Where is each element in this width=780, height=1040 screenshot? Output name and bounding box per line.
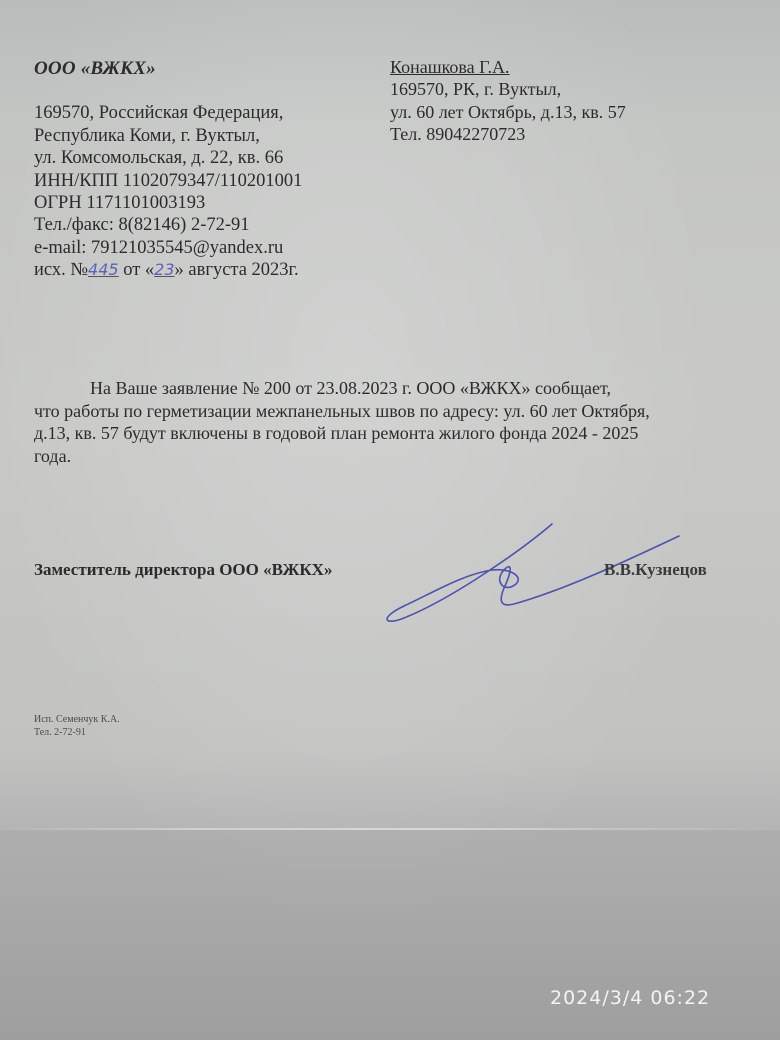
signatory-title: Заместитель директора ООО «ВЖКХ» (34, 560, 332, 580)
paper-fold-line (0, 828, 780, 830)
recipient-phone: Тел. 89042270723 (390, 123, 626, 145)
photo-timestamp: 2024/3/4 06:22 (550, 987, 710, 1009)
outgoing-number: 445 (88, 260, 119, 279)
letter-body: На Ваше заявление № 200 от 23.08.2023 г.… (34, 377, 780, 467)
body-line: что работы по герметизации межпанельных … (34, 400, 780, 423)
body-line: д.13, кв. 57 будут включены в годовой пл… (34, 422, 780, 445)
sender-address-line: ул. Комсомольская, д. 22, кв. 66 (34, 147, 302, 169)
signature-row: Заместитель директора ООО «ВЖКХ» В.В.Куз… (34, 560, 754, 590)
outgoing-reference: исх. №445 от «23» августа 2023г. (34, 259, 302, 281)
sender-org-name: ООО «ВЖКХ» (34, 58, 302, 80)
recipient-name: Конашкова Г.А. (390, 56, 626, 78)
body-line: На Ваше заявление № 200 от 23.08.2023 г.… (34, 377, 780, 400)
body-line: года. (34, 445, 780, 468)
sender-phone-fax: Тел./факс: 8(82146) 2-72-91 (34, 214, 302, 236)
outgoing-prefix: исх. № (34, 260, 88, 280)
recipient-address-line: 169570, РК, г. Вуктыл, (390, 78, 626, 100)
sender-address-line: 169570, Российская Федерация, (34, 102, 302, 124)
executor-phone: Тел. 2-72-91 (34, 726, 120, 739)
recipient-block: Конашкова Г.А. 169570, РК, г. Вуктыл, ул… (390, 56, 626, 146)
signatory-name: В.В.Кузнецов (604, 560, 707, 580)
sender-email: e-mail: 79121035545@yandex.ru (34, 237, 302, 259)
sender-block: ООО «ВЖКХ» 169570, Российская Федерация,… (34, 58, 302, 282)
executor-name: Исп. Семенчук К.А. (34, 713, 120, 726)
outgoing-month-year: » августа 2023г. (175, 260, 299, 280)
outgoing-from-label: от « (119, 260, 155, 280)
executor-block: Исп. Семенчук К.А. Тел. 2-72-91 (34, 713, 120, 739)
outgoing-day: 23 (154, 260, 174, 279)
sender-inn-kpp: ИНН/КПП 1102079347/110201001 (34, 170, 302, 192)
recipient-address-line: ул. 60 лет Октябрь, д.13, кв. 57 (390, 101, 626, 123)
sender-ogrn: ОГРН 1171101003193 (34, 192, 302, 214)
sender-address-line: Республика Коми, г. Вуктыл, (34, 125, 302, 147)
